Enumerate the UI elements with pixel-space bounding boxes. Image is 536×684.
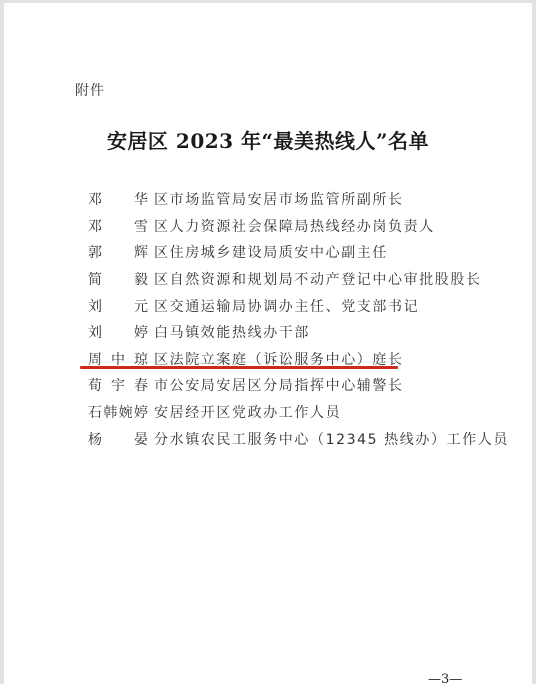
name-char: 婷	[134, 402, 148, 422]
name-char: 杨	[88, 429, 102, 449]
person-name: 荀 宇 春	[88, 375, 154, 395]
person-name: 杨 晏	[88, 429, 154, 449]
person-position: 市公安局安居区分局指挥中心辅警长	[154, 375, 404, 395]
list-item: 邓 华 区市场监管局安居市场监管所副所长	[88, 186, 509, 213]
list-item: 石 韩 婉 婷 安居经开区党政办工作人员	[88, 399, 509, 426]
name-char: 石	[88, 402, 102, 422]
person-position: 白马镇效能热线办干部	[154, 322, 310, 342]
person-name: 刘 婷	[88, 322, 154, 342]
name-char: 郭	[88, 242, 102, 262]
red-underline-annotation	[80, 366, 398, 369]
list-item: 杨 晏 分水镇农民工服务中心（12345 热线办）工作人员	[88, 425, 509, 452]
person-name: 邓 华	[88, 189, 154, 209]
name-char: 晏	[134, 429, 148, 449]
name-char: 元	[134, 296, 148, 316]
list-item: 刘 婷 白马镇效能热线办干部	[88, 319, 509, 346]
person-position: 区人力资源社会保障局热线经办岗负责人	[154, 216, 435, 236]
person-position: 区住房城乡建设局质安中心副主任	[154, 242, 388, 262]
list-item: 荀 宇 春 市公安局安居区分局指挥中心辅警长	[88, 372, 509, 399]
person-position: 区交通运输局协调办主任、党支部书记	[154, 296, 419, 316]
person-name: 简 毅	[88, 269, 154, 289]
name-char: 婷	[134, 322, 148, 342]
name-char: 刘	[88, 296, 102, 316]
name-char: 邓	[88, 189, 102, 209]
person-position: 分水镇农民工服务中心（12345 热线办）工作人员	[154, 429, 509, 449]
name-char: 毅	[134, 269, 148, 289]
list-item: 刘 元 区交通运输局协调办主任、党支部书记	[88, 292, 509, 319]
list-item: 邓 雪 区人力资源社会保障局热线经办岗负责人	[88, 213, 509, 240]
page-number: —3—	[428, 672, 462, 684]
name-char: 韩	[103, 402, 117, 422]
name-char: 荀	[88, 375, 102, 395]
person-name: 石 韩 婉 婷	[88, 402, 154, 422]
person-position: 安居经开区党政办工作人员	[154, 402, 341, 422]
document-title: 安居区 2023 年“最美热线人”名单	[0, 125, 536, 154]
person-name: 邓 雪	[88, 216, 154, 236]
person-name: 刘 元	[88, 296, 154, 316]
name-char: 刘	[88, 322, 102, 342]
honoree-list: 邓 华 区市场监管局安居市场监管所副所长 邓 雪 区人力资源社会保障局热线经办岗…	[88, 186, 509, 452]
name-char: 邓	[88, 216, 102, 236]
name-char: 春	[134, 375, 148, 395]
name-char: 简	[88, 269, 102, 289]
person-name: 郭 辉	[88, 242, 154, 262]
person-position: 区市场监管局安居市场监管所副所长	[154, 189, 404, 209]
name-char: 雪	[134, 216, 148, 236]
name-char: 婉	[119, 402, 133, 422]
list-item: 简 毅 区自然资源和规划局不动产登记中心审批股股长	[88, 266, 509, 293]
name-char: 宇	[111, 375, 125, 395]
name-char: 华	[134, 189, 148, 209]
list-item: 郭 辉 区住房城乡建设局质安中心副主任	[88, 239, 509, 266]
attachment-label: 附件	[75, 80, 105, 100]
person-position: 区自然资源和规划局不动产登记中心审批股股长	[154, 269, 482, 289]
name-char: 辉	[134, 242, 148, 262]
